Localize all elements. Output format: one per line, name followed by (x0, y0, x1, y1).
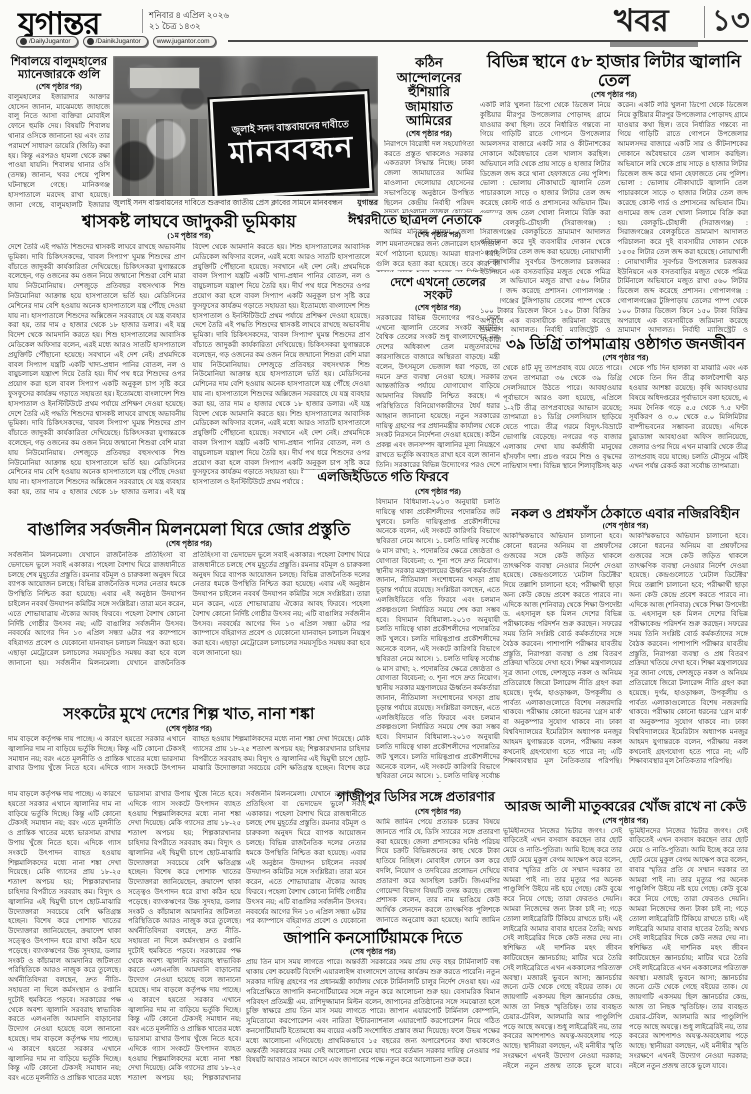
article-headline: ৩৯ ডিগ্রি তাপমাত্রায় ওষ্ঠাগত জনজীবন (503, 336, 748, 353)
photo-secondary-banner (129, 67, 200, 89)
article-body: সর্বজনীন মিলনমেলা। যেখানে রাজনৈতিক প্রতি… (8, 551, 370, 697)
photo-banner: জুলাই সনদ বাস্তবায়নের দাবীতে মানববন্ধন (209, 91, 372, 196)
page-number: ১৩ (712, 7, 750, 36)
facebook-icon (20, 38, 27, 45)
photo-caption: জুলাই সনদ বাস্তবায়নের দাবিতে শুক্রবার জ… (113, 198, 378, 207)
continuation-tag: (শেষ পৃষ্ঠার পর) (8, 82, 110, 91)
article-ishwardi: (শেষ পৃষ্ঠার পর) লাশ ময়নাতদন্তের জন্য জ… (376, 230, 500, 274)
article-body: দাম বাড়লে কর্তৃপক্ষ দায় পাচ্ছে। এ কারণ… (8, 735, 370, 781)
continuation-tag: (শেষ পৃষ্ঠার পর) (8, 539, 370, 548)
continuation-tag: (শেষ পৃষ্ঠার পর) (503, 521, 748, 530)
date-line-2: ২১ চৈত্র ১৪৩২ (149, 21, 239, 32)
article-headline-ishwardi: ঈশ্বরদীতে ছাত্রদল নেতাকে (332, 213, 498, 228)
continuation-tag: (শেষ পৃষ্ঠার পর) (480, 90, 748, 99)
article-headline: শিবালয়ে বালুমহালের ম্যানেজারকে গুলি (8, 56, 110, 82)
article-degree39: ৩৯ ডিগ্রি তাপমাত্রায় ওষ্ঠাগত জনজীবন (শে… (503, 336, 748, 504)
article-banglalir: বাঙালির সর্বজনীন মিলনমেলা ঘিরে জোর প্রস্… (8, 520, 370, 704)
article-body: আকস্মিকভাবে অভিযান চালানো হবে। কোনো ধরনে… (503, 532, 748, 790)
article-headline: জাপানি কনসোর্টিয়ামকে দিতে (246, 930, 500, 947)
article-headline: নকল ও প্রশ্নফাঁস ঠেকাতে এবার নজিরবিহীন (503, 506, 748, 521)
page-number-divider (704, 6, 705, 38)
article-shongkot-continued: দাম বাড়লে কর্তৃপক্ষ দায় পাচ্ছে। এ কারণ… (8, 790, 241, 1088)
newspaper-logo: যুগান্তর (18, 8, 100, 39)
website-badge[interactable]: www.jugantor.com (153, 36, 217, 47)
article-body: সরকারের বিভিন্ন উদ্যোগের পরও দেশে এখনো জ… (376, 314, 500, 470)
article-headline: বিভিন্ন স্থানে ৫৮ হাজার লিটার জ্বালানি ত… (480, 52, 748, 90)
article-nokol: নকল ও প্রশ্নফাঁস ঠেকাতে এবার নজিরবিহীন (… (503, 506, 748, 798)
continuation-tag: (শেষ পৃষ্ঠার পর) (376, 807, 500, 816)
article-headline: আরজ আলী মাতুব্বরের খোঁজ রাখে না কেউ (503, 800, 748, 816)
article-body: ভূমিহীনদের নিজের ভিটার জগৎ। সেই বাড়িতেই… (503, 827, 748, 1083)
social-badges: /DailyJugantor /DainikJugantor www.jugan… (16, 36, 216, 47)
news-photo: জুলাই সনদ বাস্তবায়নের দাবীতে মানববন্ধন (113, 56, 378, 196)
date-block: শনিবার ৪ এপ্রিল ২০২৬ ২১ চৈত্র ১৪৩২ (149, 10, 239, 33)
article-headline: দেশে এখনো তেলের সংকট (376, 276, 500, 303)
article-body: লাশ ময়নাতদন্তের জন্য জেনারেল হাসপাতাল ম… (376, 240, 500, 272)
article-body: প্রায় তিন মাস সময় লাগতে পারে। অন্তর্বর… (246, 958, 500, 1084)
article-body: একটি লরি খুলনা ডিপো থেকে ডিজেল নিয়ে কুষ… (480, 101, 748, 347)
article-headline: কঠিন আন্দোলনের হুঁশিয়ারি জামায়াত আমিরে… (384, 56, 474, 129)
continuation-tag: (১ম পৃষ্ঠার পর) (8, 231, 370, 240)
continuation-tag: (শেষ পৃষ্ঠার পর) (376, 230, 500, 239)
article-lged: (শেষ পৃষ্ঠার পর) বিদ্যমান বিধিমালা-২০১৩ … (376, 487, 500, 785)
article-gazipur: (শেষ পৃষ্ঠার পর) আমি জামিন পেয়ে প্রতারক… (376, 807, 500, 929)
social-badge-dainik[interactable]: /DainikJugantor (83, 36, 148, 47)
article-body: আমি জামিন পেয়ে প্রতারক চক্রের বিষয়ে জা… (376, 818, 500, 926)
continuation-tag: (শেষ পৃষ্ঠার পর) (503, 353, 748, 362)
continuation-tag: (শেষ পৃষ্ঠার পর) (8, 724, 370, 733)
article-aroj: আরজ আলী মাতুব্বরের খোঁজ রাখে না কেউ (শেষ… (503, 800, 748, 1090)
article-headline-lged: এলজিইডিতে গতি ফিরবে (303, 470, 463, 485)
facebook-icon (87, 38, 94, 45)
photo-credit: যুগান্তর (357, 198, 378, 207)
article-kothin: কঠিন আন্দোলনের হুঁশিয়ারি জামায়াত আমিরে… (384, 56, 474, 208)
banner-title: মানববন্ধন (228, 132, 354, 170)
article-jalani: বিভিন্ন স্থানে ৫৮ হাজার লিটার জ্বালানি ত… (480, 52, 748, 333)
masthead: যুগান্তর শনিবার ৪ এপ্রিল ২০২৬ ২১ চৈত্র ১… (0, 0, 751, 52)
article-headline: শ্বাসকষ্ট লাঘবে জাদুকরী ভূমিকায় (28, 212, 350, 231)
continuation-tag: (শেষ পৃষ্ঠার পর) (503, 816, 748, 825)
social-badge-daily[interactable]: /DailyJugantor (16, 36, 78, 47)
date-line-1: শনিবার ৪ এপ্রিল ২০২৬ (149, 10, 239, 21)
article-body: থেকে ৪টি মৃদু তাপপ্রবাহ বয়ে যেতে পারে। … (503, 364, 748, 498)
article-shongkot: সংকটের মুখে দেশের শিল্প খাত, নানা শঙ্কা … (8, 706, 370, 786)
article-body: বিদ্যমান বিধিমালা-২০১৩ অনুযায়ী চলতি দায… (376, 498, 500, 782)
section-underline (610, 42, 698, 47)
continuation-tag: (শেষ পৃষ্ঠার পর) (246, 947, 500, 956)
continuation-tag: (শেষ পৃষ্ঠার পর) (376, 487, 500, 496)
article-tel-sonkot: দেশে এখনো তেলের সংকট (শেষ পৃষ্ঠার পর) সর… (376, 276, 500, 468)
continuation-tag: (শেষ পৃষ্ঠার পর) (384, 129, 474, 138)
section-label: খবর (614, 5, 669, 36)
article-japani: জাপানি কনসোর্টিয়ামকে দিতে (শেষ পৃষ্ঠার … (246, 930, 500, 1090)
continuation-tag: (শেষ পৃষ্ঠার পর) (376, 303, 500, 312)
article-headline: বাঙালির সর্বজনীন মিলনমেলা ঘিরে জোর প্রস্… (8, 520, 370, 539)
article-body: বালুমহালের ইজারাদার আক্তার হোসেন জানান, … (8, 93, 110, 209)
article-shibaloy: শিবালয়ে বালুমহালের ম্যানেজারকে গুলি (শে… (8, 56, 110, 208)
masthead-divider (142, 9, 143, 33)
article-banglalir-continued: সর্বজনীন মিলনমেলা। যেখানে রাজনৈতিক প্রতি… (246, 790, 366, 928)
article-headline: সংকটের মুখে দেশের শিল্প খাত, নানা শঙ্কা (34, 706, 344, 724)
